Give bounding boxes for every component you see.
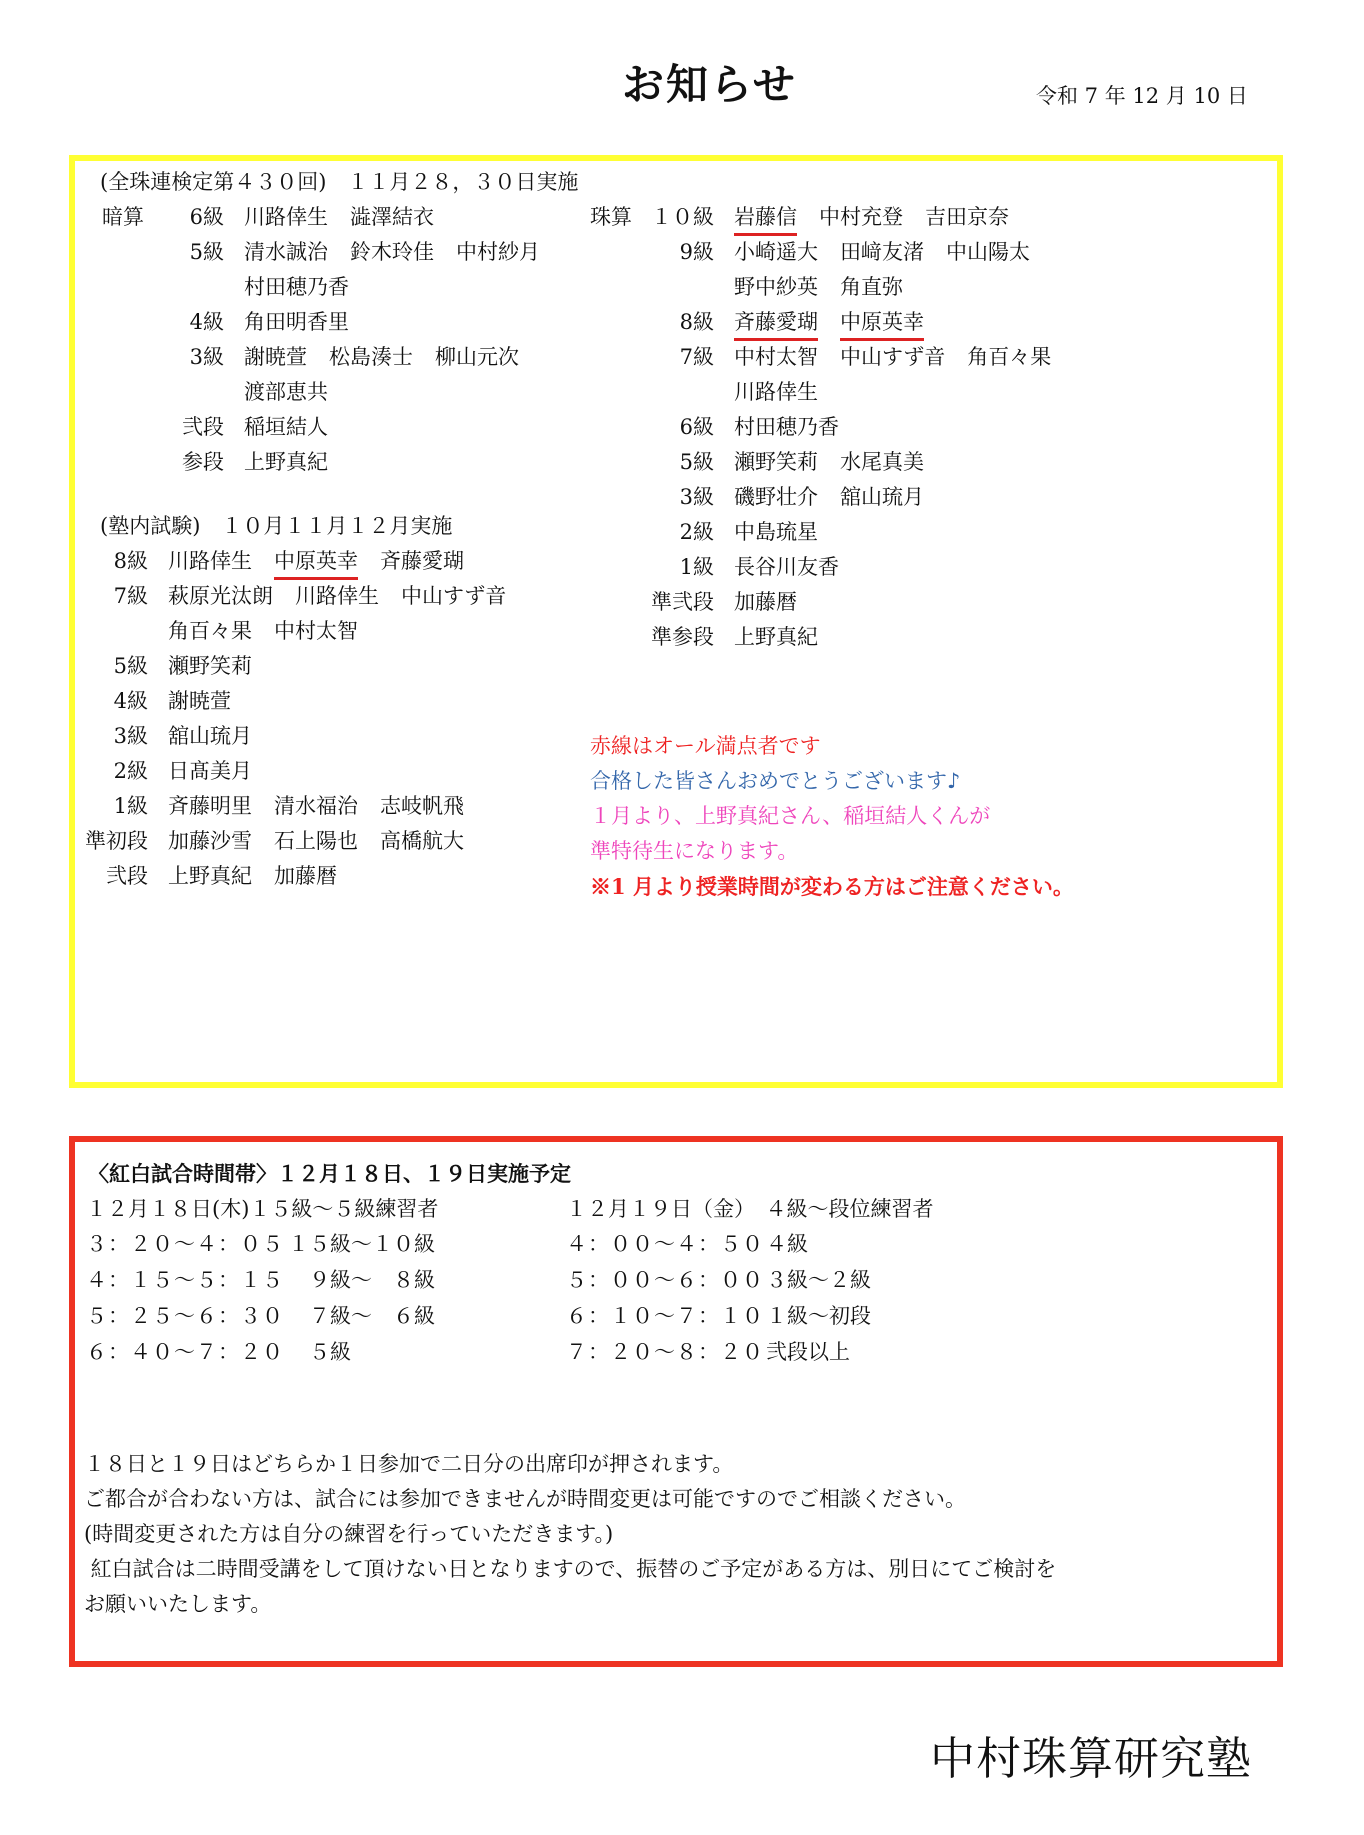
page-title: お知らせ <box>622 52 797 112</box>
name-row: 上野真紀 <box>244 448 350 476</box>
rank-label: 準初段 <box>28 827 148 855</box>
student-name: 中山すず音 <box>840 343 945 371</box>
schedule-note-line: お願いいたします。 <box>84 1590 271 1618</box>
student-name: 瀬野笑莉 <box>168 652 252 680</box>
student-name: 川路倖生 <box>734 378 818 406</box>
time-slot: ３：２０～４：０５ <box>86 1230 284 1258</box>
level-range: ９級～ ８級 <box>288 1266 435 1294</box>
schedule-note-line: (時間変更された方は自分の練習を行っていただきます。) <box>84 1520 613 1548</box>
student-name: 中山陽太 <box>946 238 1030 266</box>
student-name: 角直弥 <box>840 273 903 301</box>
name-row: 斉藤愛瑚中原英幸 <box>734 308 946 341</box>
name-row: 小崎遥大田﨑友渚中山陽太 <box>734 238 1052 266</box>
student-name: 鈴木玲佳 <box>350 238 434 266</box>
student-name: 加藤暦 <box>274 862 337 890</box>
time-slot: ５：００～６：００ <box>566 1266 764 1294</box>
rank-label: 1級 <box>28 792 148 820</box>
student-name: 舘山琉月 <box>168 722 252 750</box>
issue-date: 令和 7 年 12 月 10 日 <box>1036 80 1248 110</box>
student-name: 中村紗月 <box>456 238 540 266</box>
name-row: 上野真紀加藤暦 <box>168 862 359 890</box>
rank-label: 9級 <box>594 238 714 266</box>
student-name: 加藤暦 <box>734 588 797 616</box>
time-slot: ４：００～４：５０ <box>566 1230 764 1258</box>
student-name: 長谷川友香 <box>734 553 839 581</box>
rank-label: 5級 <box>594 448 714 476</box>
name-row: 長谷川友香 <box>734 553 861 581</box>
rank-label: 2級 <box>28 757 148 785</box>
level-range: 弐段以上 <box>766 1338 850 1366</box>
match-schedule-heading: 〈紅白試合時間帯〉１２月１８日、１９日実施予定 <box>88 1160 571 1188</box>
student-name: 角田明香里 <box>244 308 349 336</box>
rank-label: 準弐段 <box>594 588 714 616</box>
level-range: ７級～ ６級 <box>288 1302 435 1330</box>
student-name: 中村太智 <box>274 617 358 645</box>
day1-title: １２月１８日(木)１５級～５級練習者 <box>86 1195 438 1223</box>
rank-label: 弐段 <box>28 862 148 890</box>
student-name: 野中紗英 <box>734 273 818 301</box>
student-name: 村田穂乃香 <box>244 273 349 301</box>
rank-label: 6級 <box>594 413 714 441</box>
rank-label: 6級 <box>104 203 224 231</box>
rank-label: 準参段 <box>594 623 714 651</box>
name-row: 角田明香里 <box>244 308 371 336</box>
rank-label: 3級 <box>594 483 714 511</box>
student-name-full-score: 中原英幸 <box>274 547 358 580</box>
name-row: 中村太智中山すず音角百々果 <box>734 343 1073 371</box>
student-name: 上野真紀 <box>734 623 818 651</box>
organization-name: 中村珠算研究塾 <box>930 1722 1252 1787</box>
schedule-note-line: １８日と１９日はどちらか１日参加で二日分の出席印が押されます。 <box>84 1450 733 1478</box>
name-row: 斉藤明里清水福治志岐帆飛 <box>168 792 486 820</box>
student-name: 斉藤愛瑚 <box>380 547 464 575</box>
national-exam-heading: (全珠連検定第４３０回) １１月２８，３０日実施 <box>100 168 578 196</box>
student-name-full-score: 中原英幸 <box>840 308 924 341</box>
student-name: 上野真紀 <box>244 448 328 476</box>
student-name: 小崎遥大 <box>734 238 818 266</box>
congratulations-note: 合格した皆さんおめでとうございます♪ <box>590 767 960 795</box>
student-name: 渡部恵共 <box>244 378 328 406</box>
student-name: 澁澤結衣 <box>350 203 434 231</box>
student-name: 川路倖生 <box>168 547 252 575</box>
name-row: 謝暁萱 <box>168 687 253 715</box>
internal-exam-heading: (塾内試験) １０月１１月１２月実施 <box>100 512 452 540</box>
name-row: 磯野壮介舘山琉月 <box>734 483 946 511</box>
scholarship-note-line1: １月より、上野真紀さん、稲垣結人くんが <box>590 802 990 830</box>
time-slot: ６：４０～７：２０ <box>86 1338 284 1366</box>
student-name: 瀬野笑莉 <box>734 448 818 476</box>
time-slot: ５：２５～６：３０ <box>86 1302 284 1330</box>
name-row: 稲垣結人 <box>244 413 350 441</box>
name-row: 村田穂乃香 <box>734 413 861 441</box>
schedule-note-line: ご都合が合わない方は、試合には参加できませんが時間変更は可能ですのでご相談くださ… <box>84 1485 966 1513</box>
schedule-change-warning: ※1 月より授業時間が変わる方はご注意ください。 <box>590 873 1074 901</box>
level-range: １級～初段 <box>766 1302 871 1330</box>
rank-label: 3級 <box>28 722 148 750</box>
day2-title: １２月１９日（金） ４級～段位練習者 <box>566 1195 934 1223</box>
name-row: 萩原光汰朗川路倖生中山すず音 <box>168 582 528 610</box>
name-row: 瀬野笑莉 <box>168 652 274 680</box>
name-row: 舘山琉月 <box>168 722 274 750</box>
rank-label: 4級 <box>28 687 148 715</box>
rank-label: １０級 <box>594 203 714 231</box>
name-row: 上野真紀 <box>734 623 840 651</box>
name-row: 中島琉星 <box>734 518 840 546</box>
name-row: 日髙美月 <box>168 757 274 785</box>
student-name: 謝暁萱 <box>168 687 231 715</box>
level-range: １５級～１０級 <box>288 1230 435 1258</box>
student-name: 水尾真美 <box>840 448 924 476</box>
student-name: 角百々果 <box>168 617 252 645</box>
student-name: 斉藤明里 <box>168 792 252 820</box>
student-name: 謝暁萱 <box>244 343 307 371</box>
student-name: 加藤沙雪 <box>168 827 252 855</box>
student-name: 吉田京奈 <box>925 203 1009 231</box>
student-name: 清水誠治 <box>244 238 328 266</box>
rank-label: 7級 <box>28 582 148 610</box>
name-row: 角百々果中村太智 <box>168 617 380 645</box>
name-row: 岩藤信中村充登吉田京奈 <box>734 203 1031 236</box>
name-row: 野中紗英角直弥 <box>734 273 925 301</box>
name-row: 川路倖生中原英幸斉藤愛瑚 <box>168 547 486 580</box>
rank-label: 8級 <box>28 547 148 575</box>
student-name: 中村太智 <box>734 343 818 371</box>
student-name: 中山すず音 <box>401 582 506 610</box>
rank-label: 5級 <box>104 238 224 266</box>
scholarship-note-line2: 準特待生になります。 <box>590 837 798 865</box>
student-name: 志岐帆飛 <box>380 792 464 820</box>
rank-label: 弐段 <box>104 413 224 441</box>
rank-label: 5級 <box>28 652 148 680</box>
student-name: 柳山元次 <box>435 343 519 371</box>
schedule-note-line: 紅白試合は二時間受講をして頂けない日となりますので、振替のご予定がある方は、別日… <box>84 1555 1056 1583</box>
student-name: 村田穂乃香 <box>734 413 839 441</box>
name-row: 謝暁萱松島湊士柳山元次 <box>244 343 541 371</box>
student-name: 川路倖生 <box>244 203 328 231</box>
time-slot: ４：１５～５：１５ <box>86 1266 284 1294</box>
name-row: 川路倖生 <box>734 378 840 406</box>
student-name: 田﨑友渚 <box>840 238 924 266</box>
time-slot: ７：２０～８：２０ <box>566 1338 764 1366</box>
rank-label: 1級 <box>594 553 714 581</box>
name-row: 加藤沙雪石上陽也高橋航大 <box>168 827 486 855</box>
student-name: 角百々果 <box>967 343 1051 371</box>
level-range: ４級 <box>766 1230 808 1258</box>
student-name: 中島琉星 <box>734 518 818 546</box>
student-name: 舘山琉月 <box>840 483 924 511</box>
name-row: 清水誠治鈴木玲佳中村紗月 <box>244 238 562 266</box>
time-slot: ６：１０～７：１０ <box>566 1302 764 1330</box>
student-name: 磯野壮介 <box>734 483 818 511</box>
name-row: 加藤暦 <box>734 588 819 616</box>
student-name: 日髙美月 <box>168 757 252 785</box>
student-name-full-score: 岩藤信 <box>734 203 797 236</box>
student-name: 川路倖生 <box>295 582 379 610</box>
rank-label: 2級 <box>594 518 714 546</box>
rank-label: 4級 <box>104 308 224 336</box>
rank-label: 参段 <box>104 448 224 476</box>
student-name: 清水福治 <box>274 792 358 820</box>
name-row: 川路倖生澁澤結衣 <box>244 203 456 231</box>
student-name: 松島湊士 <box>329 343 413 371</box>
name-row: 村田穂乃香 <box>244 273 371 301</box>
level-range: ３級～２級 <box>766 1266 871 1294</box>
name-row: 瀬野笑莉水尾真美 <box>734 448 946 476</box>
student-name: 石上陽也 <box>274 827 358 855</box>
student-name: 上野真紀 <box>168 862 252 890</box>
name-row: 渡部恵共 <box>244 378 350 406</box>
student-name: 高橋航大 <box>380 827 464 855</box>
student-name-full-score: 斉藤愛瑚 <box>734 308 818 341</box>
student-name: 稲垣結人 <box>244 413 328 441</box>
full-score-legend: 赤線はオール満点者です <box>590 732 821 760</box>
rank-label: 8級 <box>594 308 714 336</box>
student-name: 萩原光汰朗 <box>168 582 273 610</box>
student-name: 中村充登 <box>819 203 903 231</box>
rank-label: 7級 <box>594 343 714 371</box>
rank-label: 3級 <box>104 343 224 371</box>
level-range: ５級 <box>288 1338 351 1366</box>
